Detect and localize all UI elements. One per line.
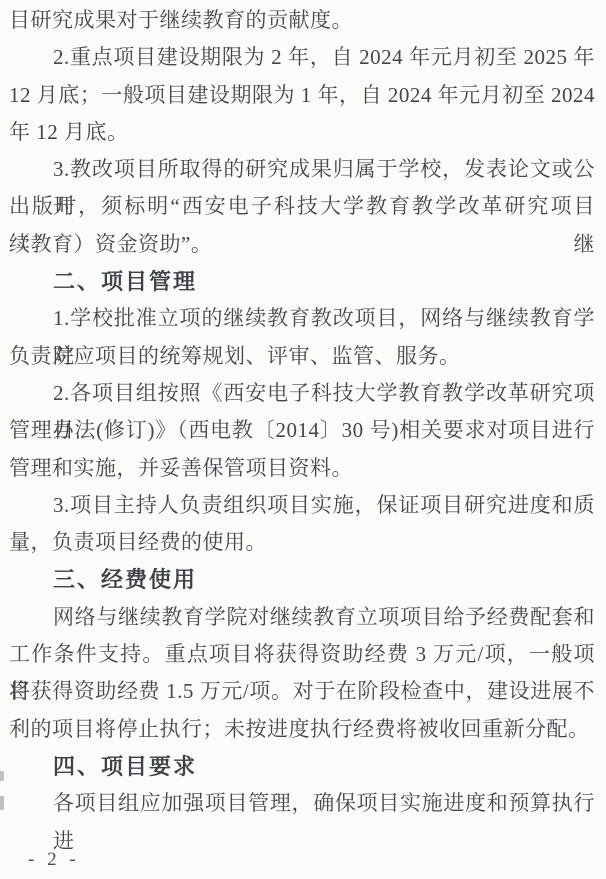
paragraph-line: 3.教改项目所取得的研究成果归属于学校，发表论文或公开 xyxy=(9,151,595,188)
paragraph-line: 工作条件支持。重点项目将获得资助经费 3 万元/项，一般项目 xyxy=(9,636,595,673)
scan-artifact xyxy=(0,771,4,781)
page-number: - 2 - xyxy=(28,845,80,875)
document-body: 目研究成果对于继续教育的贡献度。 2.重点项目建设期限为 2 年，自 2024 … xyxy=(9,2,595,823)
section-heading-project-requirements: 四、项目要求 xyxy=(9,748,595,785)
paragraph-line: 12 月底；一般项目建设期限为 1 年，自 2024 年元月初至 2024 xyxy=(9,77,595,114)
paragraph-line: 将获得资助经费 1.5 万元/项。对于在阶段检查中，建设进展不 xyxy=(9,673,595,710)
paragraph-line: 2.重点项目建设期限为 2 年，自 2024 年元月初至 2025 年 xyxy=(9,39,595,76)
document-page: 目研究成果对于继续教育的贡献度。 2.重点项目建设期限为 2 年，自 2024 … xyxy=(0,0,606,879)
section-heading-funding-use: 三、经费使用 xyxy=(9,561,595,598)
paragraph-line: 负责对应项目的统筹规划、评审、监管、服务。 xyxy=(9,338,595,375)
paragraph-line: 量，负责项目经费的使用。 xyxy=(9,524,595,561)
paragraph-line: 出版时，须标明“西安电子科技大学教育教学改革研究项目（继 xyxy=(9,188,595,225)
paragraph-line: 2.各项目组按照《西安电子科技大学教育教学改革研究项目 xyxy=(9,375,595,412)
paragraph-line: 年 12 月底。 xyxy=(9,114,595,151)
paragraph-line: 各项目组应加强项目管理，确保项目实施进度和预算执行进 xyxy=(9,785,595,822)
section-heading-project-management: 二、项目管理 xyxy=(9,263,595,300)
paragraph-line: 利的项目将停止执行；未按进度执行经费将被收回重新分配。 xyxy=(9,711,595,748)
paragraph-line: 网络与继续教育学院对继续教育立项项目给予经费配套和 xyxy=(9,599,595,636)
paragraph-line: 1.学校批准立项的继续教育教改项目，网络与继续教育学院 xyxy=(9,300,595,337)
paragraph-line: 管理和实施，并妥善保管项目资料。 xyxy=(9,450,595,487)
paragraph-line: 目研究成果对于继续教育的贡献度。 xyxy=(9,2,595,39)
scan-artifact xyxy=(0,796,4,810)
paragraph-line: 3.项目主持人负责组织项目实施，保证项目研究进度和质 xyxy=(9,487,595,524)
paragraph-line: 管理办法(修订)》（西电教〔2014〕30 号)相关要求对项目进行 xyxy=(9,412,595,449)
